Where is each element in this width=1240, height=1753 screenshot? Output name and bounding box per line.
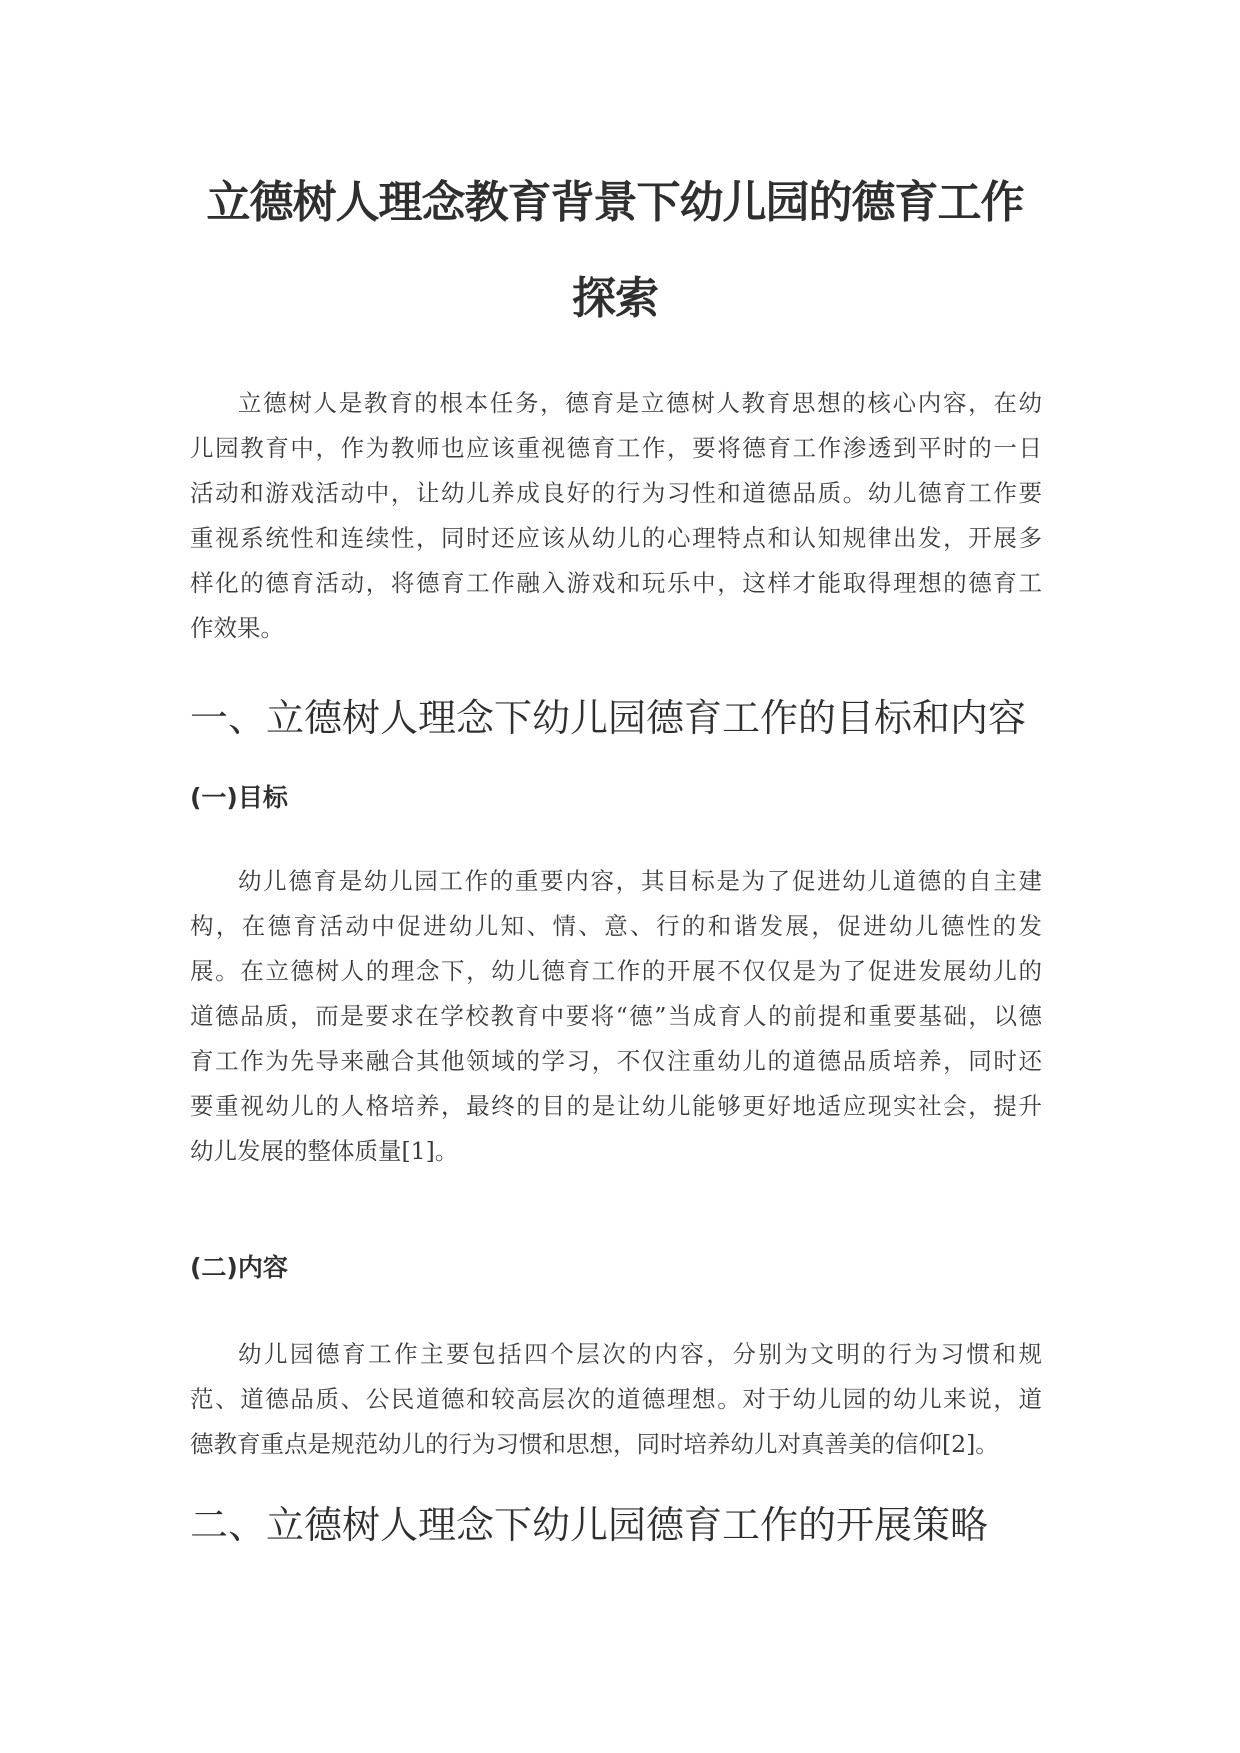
paragraph-line: 要重视幼儿的人格培养，最终的目的是让幼儿能够更好地适应现实社会，提升 xyxy=(190,1084,1042,1129)
content-paragraph: 幼儿园德育工作主要包括四个层次的内容，分别为文明的行为习惯和规 范、道德品质、公… xyxy=(190,1332,1042,1467)
paragraph-line: 范、道德品质、公民道德和较高层次的道德理想。对于幼儿园的幼儿来说，道 xyxy=(190,1377,1042,1422)
paragraph-line: 幼儿发展的整体质量[1]。 xyxy=(190,1129,1042,1174)
paragraph-line: 道德品质，而是要求在学校教育中要将“德”当成育人的前提和重要基础，以德 xyxy=(190,994,1042,1039)
paragraph-line: 幼儿园德育工作主要包括四个层次的内容，分别为文明的行为习惯和规 xyxy=(190,1332,1042,1377)
intro-paragraph: 立德树人是教育的根本任务，德育是立德树人教育思想的核心内容，在幼 儿园教育中，作… xyxy=(190,381,1042,651)
title-line-2: 探索 xyxy=(190,251,1040,347)
section-heading-2: 二、立德树人理念下幼儿园德育工作的开展策略 xyxy=(190,1500,988,1550)
paragraph-line: 活动和游戏活动中，让幼儿养成良好的行为习性和道德品质。幼儿德育工作要 xyxy=(190,471,1042,516)
paragraph-line: 构，在德育活动中促进幼儿知、情、意、行的和谐发展，促进幼儿德性的发 xyxy=(190,904,1042,949)
paragraph-line: 育工作为先导来融合其他领域的学习，不仅注重幼儿的道德品质培养，同时还 xyxy=(190,1039,1042,1084)
paragraph-line: 立德树人是教育的根本任务，德育是立德树人教育思想的核心内容，在幼 xyxy=(190,381,1042,426)
paragraph-line: 展。在立德树人的理念下，幼儿德育工作的开展不仅仅是为了促进发展幼儿的 xyxy=(190,949,1042,994)
paragraph-line: 儿园教育中，作为教师也应该重视德育工作，要将德育工作渗透到平时的一日 xyxy=(190,426,1042,471)
paragraph-line: 幼儿德育是幼儿园工作的重要内容，其目标是为了促进幼儿道德的自主建 xyxy=(190,859,1042,904)
paragraph-line: 德教育重点是规范幼儿的行为习惯和思想，同时培养幼儿对真善美的信仰[2]。 xyxy=(190,1422,1042,1467)
document-title: 立德树人理念教育背景下幼儿园的德育工作 探索 xyxy=(190,155,1040,347)
document-page: 立德树人理念教育背景下幼儿园的德育工作 探索 立德树人是教育的根本任务，德育是立… xyxy=(0,0,1240,1753)
section-heading-1: 一、立德树人理念下幼儿园德育工作的目标和内容 xyxy=(190,693,1026,743)
goals-paragraph: 幼儿德育是幼儿园工作的重要内容，其目标是为了促进幼儿道德的自主建 构，在德育活动… xyxy=(190,859,1042,1174)
title-line-1: 立德树人理念教育背景下幼儿园的德育工作 xyxy=(190,155,1040,251)
subsection-heading-goals: (一)目标 xyxy=(190,780,288,816)
paragraph-line: 作效果。 xyxy=(190,606,1042,651)
subsection-heading-content: (二)内容 xyxy=(190,1250,288,1286)
paragraph-line: 重视系统性和连续性，同时还应该从幼儿的心理特点和认知规律出发，开展多 xyxy=(190,516,1042,561)
paragraph-line: 样化的德育活动，将德育工作融入游戏和玩乐中，这样才能取得理想的德育工 xyxy=(190,561,1042,606)
